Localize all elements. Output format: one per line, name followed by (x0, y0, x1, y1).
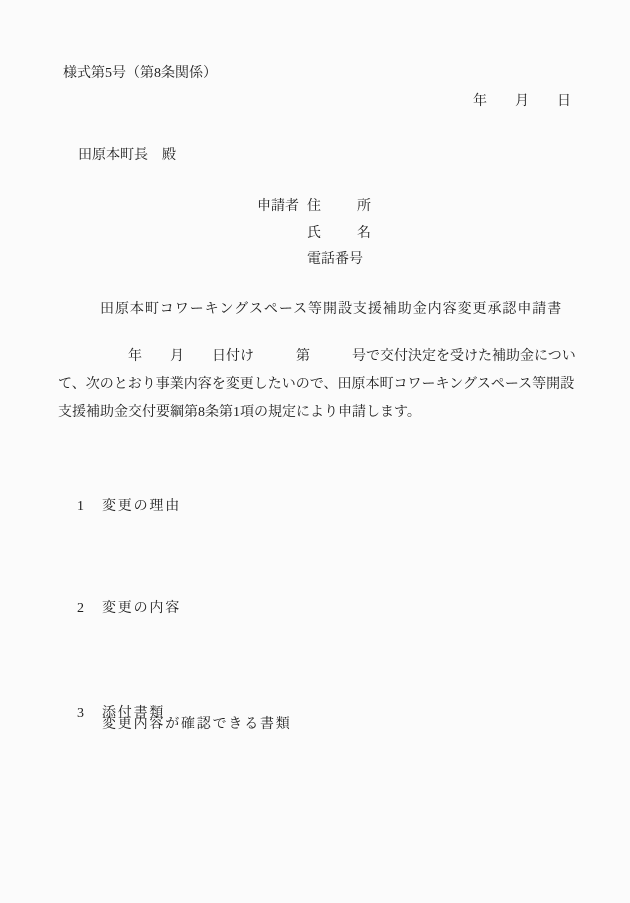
date-placeholder-line: 年 月 日 (473, 94, 571, 109)
form-number-line: 様式第5号（第8条関係） (63, 66, 217, 81)
applicant-name-row: 氏 名 (307, 226, 371, 241)
body-paragraph-line-3: 支援補助金交付要綱第8条第1項の規定により申請します。 (58, 405, 421, 420)
name-label-last: 名 (357, 226, 371, 241)
item-2-label: 変更の内容 (102, 601, 181, 616)
name-label-first: 氏 (307, 226, 321, 241)
address-label-last: 所 (357, 199, 371, 214)
item-row-1: 1変更の理由 (63, 484, 181, 529)
applicant-phone-label: 電話番号 (307, 252, 363, 267)
attachment-note: 変更内容が確認できる書類 (102, 717, 292, 732)
item-3-number: 3 (77, 706, 102, 721)
address-label-first: 住 (307, 199, 321, 214)
body-paragraph-line-1: 年 月 日付け 第 号で交付決定を受けた補助金につい (58, 349, 576, 364)
item-2-number: 2 (77, 601, 102, 616)
item-row-2: 2変更の内容 (63, 586, 181, 631)
document-title: 田原本町コワーキングスペース等開設支援補助金内容変更承認申請書 (100, 302, 562, 317)
item-1-number: 1 (77, 499, 102, 514)
body-paragraph-line-2: て、次のとおり事業内容を変更したいので、田原本町コワーキングスペース等開設 (58, 377, 574, 392)
document-page: 様式第5号（第8条関係） 年 月 日 田原本町長 殿 申請者 住 所 氏 名 電… (0, 0, 630, 903)
item-1-label: 変更の理由 (102, 499, 181, 514)
addressee-line: 田原本町長 殿 (78, 148, 176, 163)
applicant-label: 申請者 (257, 199, 299, 214)
applicant-address-row: 住 所 (307, 199, 371, 214)
